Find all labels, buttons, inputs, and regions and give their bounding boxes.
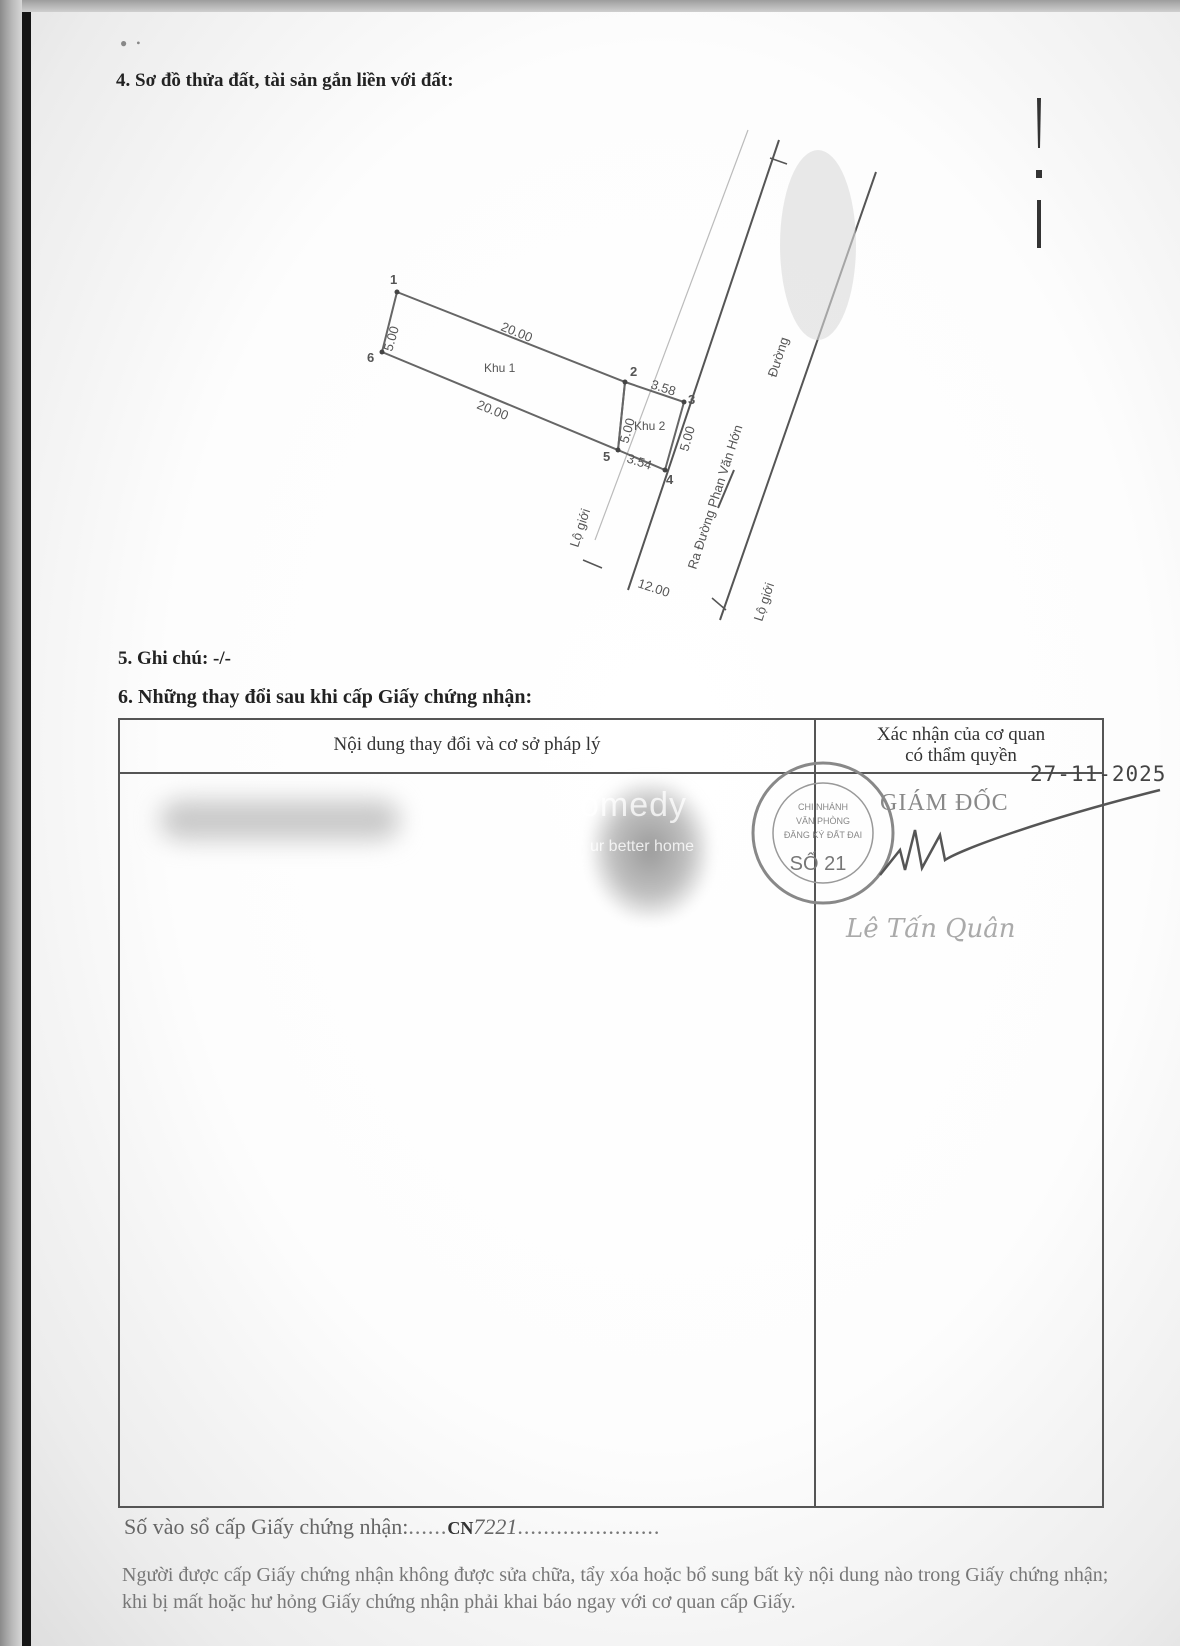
svg-text:ĐĂNG KÝ ĐẤT ĐAI: ĐĂNG KÝ ĐẤT ĐAI (784, 830, 862, 840)
page-top-edge (22, 0, 1180, 12)
watermark-text: omedy (580, 786, 687, 825)
section-4-title: 4. Sơ đồ thửa đất, tài sản gắn liền với … (116, 70, 454, 92)
redacted-content (160, 800, 400, 840)
binding-edge (22, 12, 31, 1646)
legal-notice: Người được cấp Giấy chứng nhận không đượ… (122, 1562, 1112, 1616)
signer-name: Lê Tấn Quân (846, 914, 1016, 944)
col-content-header: Nội dung thay đổi và cơ sở pháp lý (120, 734, 814, 756)
register-prefix: CN (447, 1518, 473, 1538)
dots: ...................... (517, 1514, 660, 1539)
signature-icon (860, 780, 1180, 900)
watermark-subtext: ur better home (590, 838, 694, 856)
svg-text:CHI NHÁNH: CHI NHÁNH (798, 802, 848, 812)
svg-text:SỐ 21: SỐ 21 (790, 851, 847, 875)
dots: ...... (408, 1514, 447, 1539)
register-number: 7221 (473, 1514, 517, 1539)
section-6-title: 6. Những thay đổi sau khi cấp Giấy chứng… (118, 686, 532, 709)
header-divider (120, 772, 1102, 774)
confirm-header-line1: Xác nhận của cơ quan (816, 724, 1106, 745)
register-number-line: Số vào sổ cấp Giấy chứng nhận:......CN72… (124, 1514, 660, 1540)
register-label: Số vào sổ cấp Giấy chứng nhận: (124, 1514, 408, 1539)
smudge-mark: ● • (120, 36, 143, 51)
section-5-title: 5. Ghi chú: -/- (118, 648, 231, 670)
svg-text:VĂN PHÒNG: VĂN PHÒNG (796, 816, 850, 826)
